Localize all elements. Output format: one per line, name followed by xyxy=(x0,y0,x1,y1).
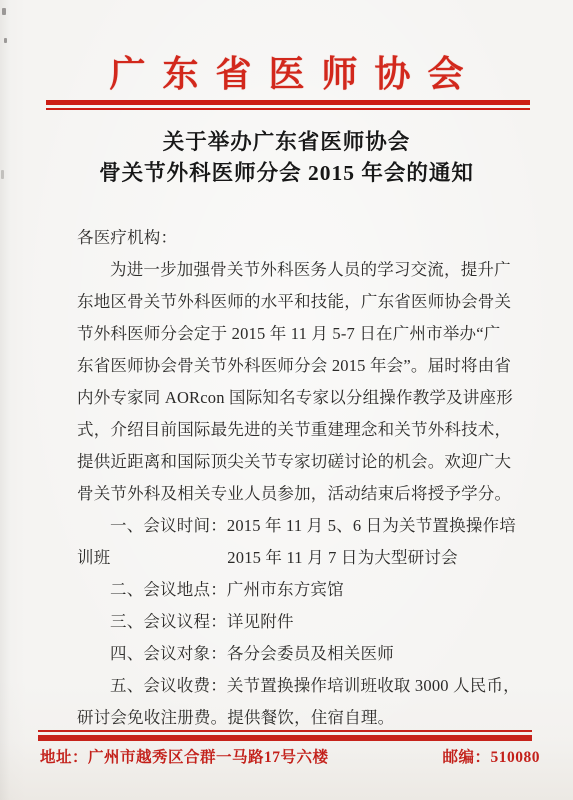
letterhead-rule-thick xyxy=(46,100,530,105)
body-line-item-4: 四、会议对象：各分会委员及相关医师 xyxy=(77,638,511,670)
body-line: 节外科医师分会定于 2015 年 11 月 5-7 日在广州市举办“广 xyxy=(77,318,511,350)
scan-speck xyxy=(4,38,7,43)
body-line: 东地区骨关节外科医师的水平和技能，广东省医师协会骨关 xyxy=(77,286,511,318)
footer-address: 地址：广州市越秀区合群一马路17号六楼 xyxy=(40,745,329,767)
body-line-item-2: 二、会议地点：广州市东方宾馆 xyxy=(77,574,511,606)
letterhead-org-name: 广东省医师协会 xyxy=(0,46,573,97)
footer-address-value: 广州市越秀区合群一马路17号六楼 xyxy=(88,749,329,766)
document-title-line-1: 关于举办广东省医师协会 xyxy=(0,127,573,158)
body-line: 东省医师协会骨关节外科医师分会 2015 年会”。届时将由省 xyxy=(77,350,511,382)
body-line-item-3: 三、会议议程：详见附件 xyxy=(77,606,511,638)
body-line: 为进一步加强骨关节外科医务人员的学习交流，提升广 xyxy=(77,254,511,286)
document-body: 各医疗机构： 为进一步加强骨关节外科医务人员的学习交流，提升广 东地区骨关节外科… xyxy=(77,222,511,734)
body-line: 提供近距离和国际顶尖关节专家切磋讨论的机会。欢迎广大 xyxy=(77,446,511,478)
body-line: 式，介绍目前国际最先进的关节重建理念和关节外科技术， xyxy=(77,414,511,446)
body-line: 内外专家同 AORcon 国际知名专家以分组操作教学及讲座形 xyxy=(77,382,511,414)
footer-rule-thin xyxy=(38,730,532,732)
footer: 地址：广州市越秀区合群一马路17号六楼 邮编：510080 xyxy=(40,745,540,767)
body-line-item-5: 五、会议收费：关节置换操作培训班收取 3000 人民币， xyxy=(77,670,511,702)
body-line-item-1: 一、会议时间：2015 年 11 月 5、6 日为关节置换操作培 xyxy=(77,510,511,542)
body-line-salutation: 各医疗机构： xyxy=(77,222,511,254)
body-line: 训班 2015 年 11 月 7 日为大型研讨会 xyxy=(77,542,511,574)
document-title: 关于举办广东省医师协会 骨关节外科医师分会 2015 年会的通知 xyxy=(0,127,573,189)
scan-speck xyxy=(2,8,6,15)
footer-rule-thick xyxy=(38,735,532,741)
document-title-line-2: 骨关节外科医师分会 2015 年会的通知 xyxy=(0,158,573,189)
footer-address-label: 地址： xyxy=(40,749,88,766)
footer-postcode-value: 510080 xyxy=(491,749,541,766)
letterhead-rule-thin xyxy=(46,108,530,110)
footer-postcode: 邮编：510080 xyxy=(442,745,540,767)
body-line: 骨关节外科及相关专业人员参加，活动结束后将授予学分。 xyxy=(77,478,511,510)
footer-postcode-label: 邮编： xyxy=(442,749,490,766)
scanned-notice-page: 广东省医师协会 关于举办广东省医师协会 骨关节外科医师分会 2015 年会的通知… xyxy=(0,0,573,800)
